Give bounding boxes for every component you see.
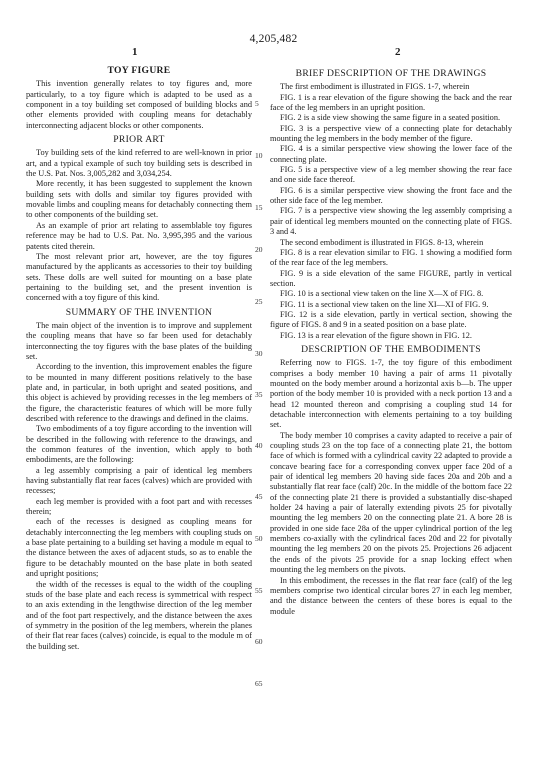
figure-description: FIG. 5 is a perspective view of a leg me… (270, 165, 512, 186)
paragraph: The main object of the invention is to i… (26, 321, 252, 362)
line-number: 50 (255, 534, 263, 543)
figure-description: FIG. 8 is a rear elevation similar to FI… (270, 248, 512, 269)
summary-heading: SUMMARY OF THE INVENTION (26, 308, 252, 318)
column-number-left: 1 (132, 46, 138, 58)
line-number: 20 (255, 245, 263, 254)
line-number: 15 (255, 203, 263, 212)
line-number: 45 (255, 492, 263, 501)
column-number-right: 2 (395, 46, 401, 58)
feature-item: each leg member is provided with a foot … (26, 497, 252, 518)
paragraph: As an example of prior art relating to a… (26, 221, 252, 252)
paragraph: The body member 10 comprises a cavity ad… (270, 431, 512, 576)
line-number: 30 (255, 349, 263, 358)
drawings-heading: BRIEF DESCRIPTION OF THE DRAWINGS (270, 69, 512, 79)
embodiments-heading: DESCRIPTION OF THE EMBODIMENTS (270, 345, 512, 355)
patent-number: 4,205,482 (0, 33, 547, 45)
figure-description: FIG. 10 is a sectional view taken on the… (270, 289, 512, 299)
line-number: 35 (255, 390, 263, 399)
figure-description: FIG. 6 is a similar perspective view sho… (270, 186, 512, 207)
figure-description: FIG. 7 is a perspective view showing the… (270, 206, 512, 237)
intro-paragraph: This invention generally relates to toy … (26, 79, 252, 131)
paragraph: Two embodiments of a toy figure accordin… (26, 424, 252, 465)
figure-description: FIG. 13 is a rear elevation of the figur… (270, 331, 512, 341)
line-number: 10 (255, 151, 263, 160)
line-number: 65 (255, 679, 263, 688)
paragraph: The second embodiment is illustrated in … (270, 238, 512, 248)
paragraph: More recently, it has been suggested to … (26, 179, 252, 220)
figure-description: FIG. 4 is a similar perspective view sho… (270, 144, 512, 165)
feature-item: the width of the recesses is equal to th… (26, 580, 252, 652)
line-number: 60 (255, 637, 263, 646)
figure-description: FIG. 3 is a perspective view of a connec… (270, 124, 512, 145)
invention-title: TOY FIGURE (26, 66, 252, 76)
feature-item: a leg assembly comprising a pair of iden… (26, 466, 252, 497)
paragraph: According to the invention, this improve… (26, 362, 252, 424)
line-number: 25 (255, 297, 263, 306)
left-column: TOY FIGURE This invention generally rela… (26, 62, 252, 652)
figure-description: FIG. 11 is a sectional view taken on the… (270, 300, 512, 310)
paragraph: In this embodiment, the recesses in the … (270, 576, 512, 617)
paragraph: The first embodiment is illustrated in F… (270, 82, 512, 92)
figure-description: FIG. 2 is a side view showing the same f… (270, 113, 512, 123)
figure-description: FIG. 9 is a side elevation of the same F… (270, 269, 512, 290)
figure-description: FIG. 1 is a rear elevation of the figure… (270, 93, 512, 114)
prior-art-heading: PRIOR ART (26, 135, 252, 145)
paragraph: Referring now to FIGS. 1-7, the toy figu… (270, 358, 512, 430)
right-column: BRIEF DESCRIPTION OF THE DRAWINGS The fi… (270, 65, 512, 617)
figure-description: FIG. 12 is a side elevation, partly in v… (270, 310, 512, 331)
feature-item: each of the recesses is designed as coup… (26, 517, 252, 579)
paragraph: Toy building sets of the kind referred t… (26, 148, 252, 179)
line-number: 5 (255, 99, 259, 108)
paragraph: The most relevant prior art, however, ar… (26, 252, 252, 304)
line-number: 55 (255, 586, 263, 595)
line-number: 40 (255, 441, 263, 450)
